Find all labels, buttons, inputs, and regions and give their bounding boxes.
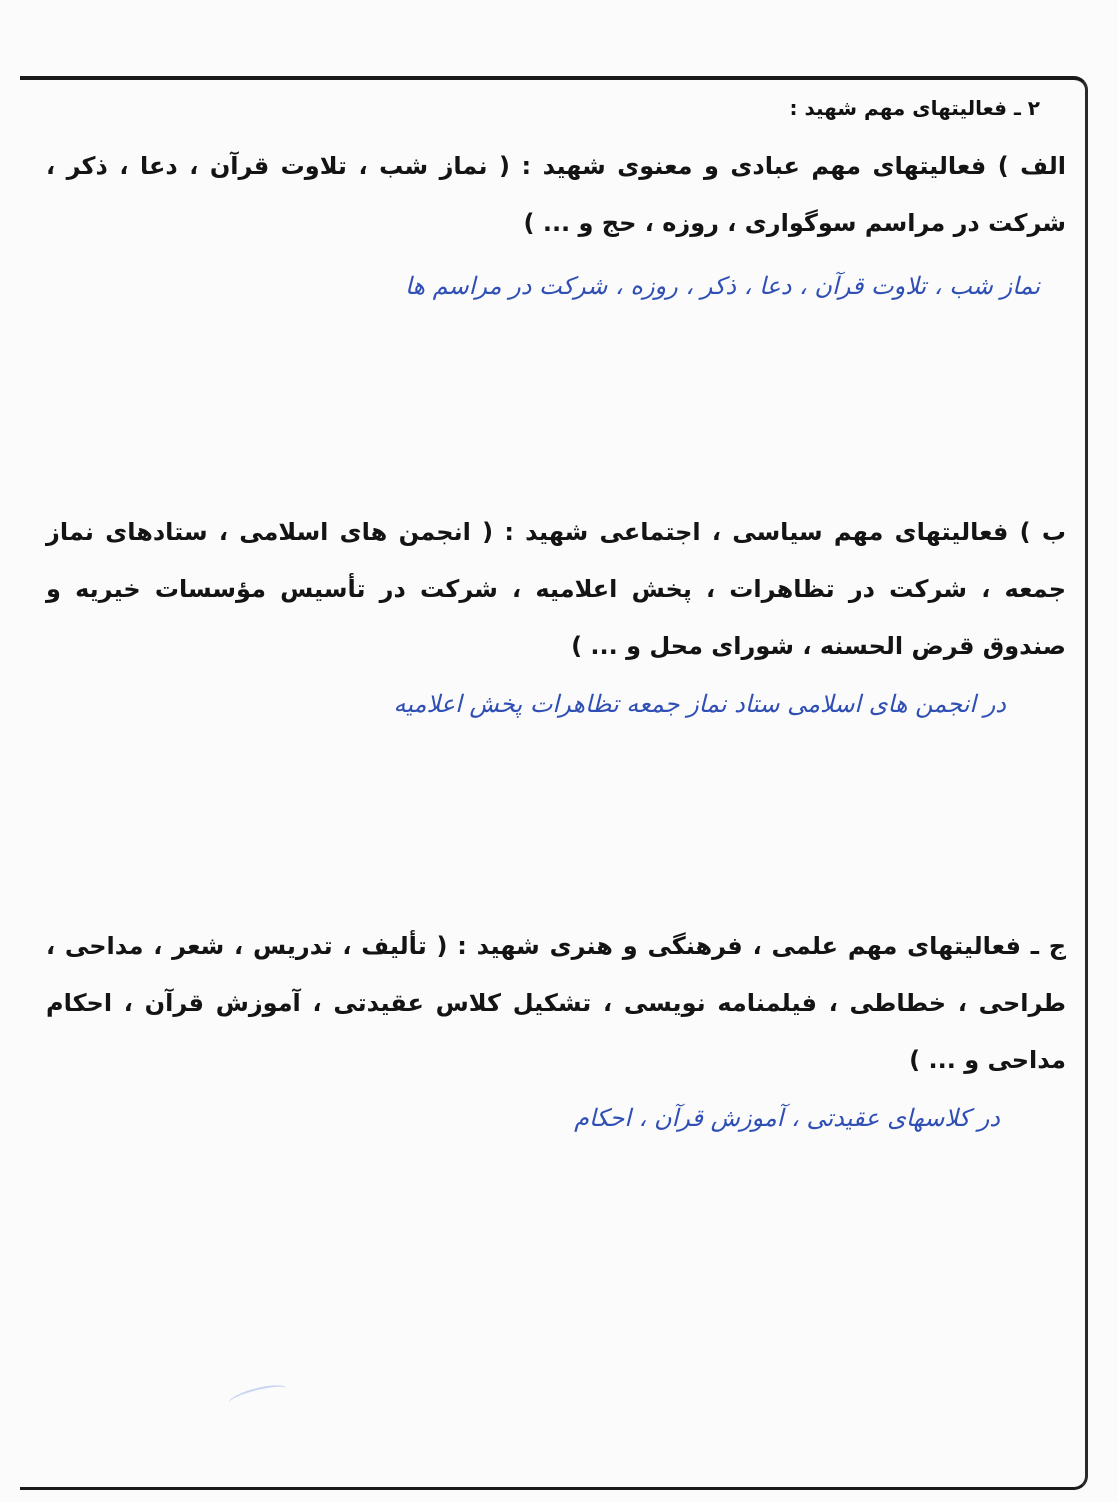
answer-alef[interactable]: نماز شب ، تلاوت قرآن ، دعا ، ذکر ، روزه … (160, 268, 1040, 304)
answer-be[interactable]: در انجمن های اسلامی ستاد نماز جمعه تظاهر… (146, 686, 1006, 722)
question-jim: ج ـ فعالیتهای مهم علمی ، فرهنگی و هنری ش… (46, 918, 1066, 1089)
section-heading: ۲ ـ فعالیتهای مهم شهید : (790, 96, 1041, 120)
answer-jim[interactable]: در کلاسهای عقیدتی ، آموزش قرآن ، احکام (440, 1100, 1000, 1136)
question-alef: الف ) فعالیتهای مهم عبادی و معنوی شهید :… (46, 138, 1066, 252)
question-be: ب ) فعالیتهای مهم سیاسی ، اجتماعی شهید :… (46, 504, 1066, 675)
